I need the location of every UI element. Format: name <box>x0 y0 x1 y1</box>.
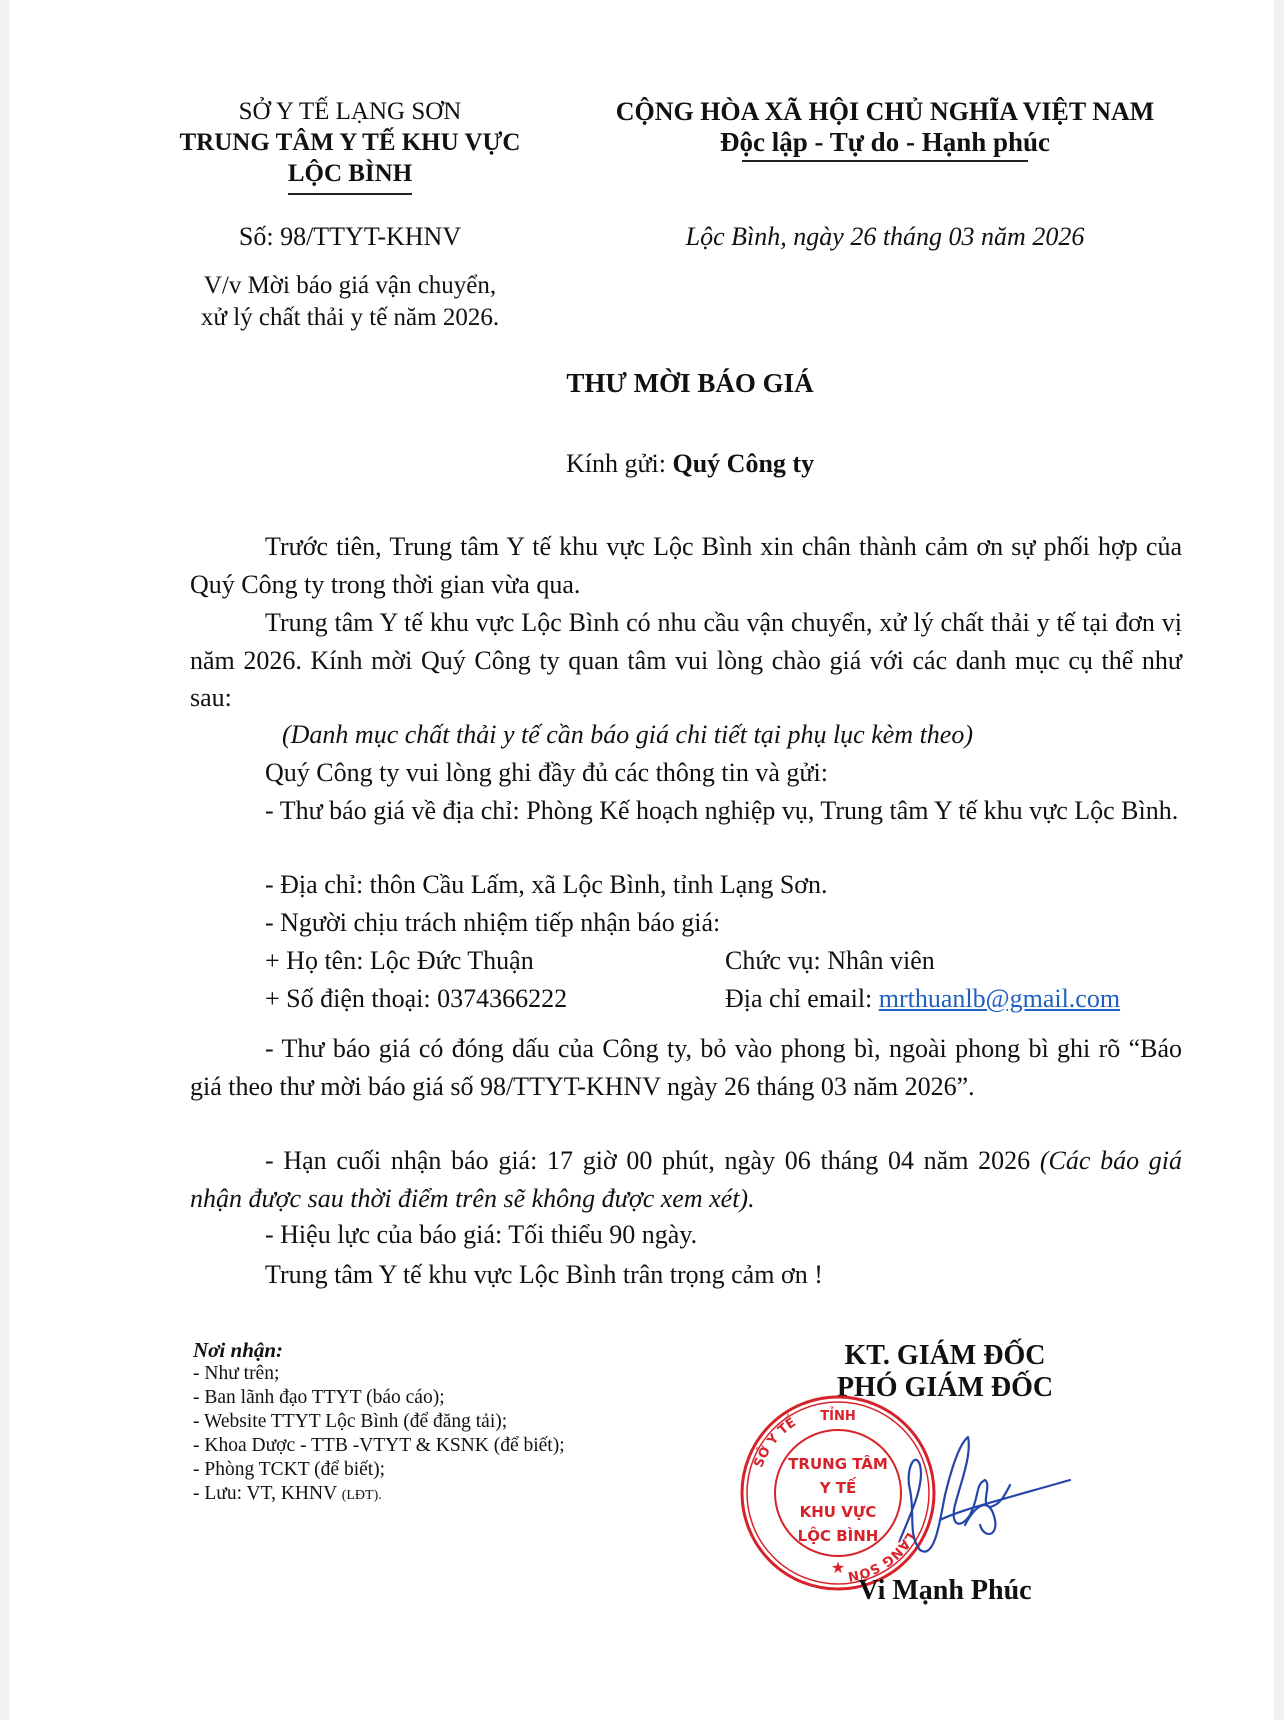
organization-name-line1: TRUNG TÂM Y TẾ KHU VỰC <box>130 127 570 158</box>
contact-position: Chức vụ: Nhân viên <box>725 942 935 980</box>
document-title: THƯ MỜI BÁO GIÁ <box>180 368 1200 399</box>
signature-title-line1: KT. GIÁM ĐỐC <box>760 1340 1130 1372</box>
contact-phone: + Số điện thoại: 0374366222 <box>265 980 567 1018</box>
paragraph-request: Trung tâm Y tế khu vực Lộc Bình có nhu c… <box>190 604 1182 717</box>
stamp-center-line1: TRUNG TÂM <box>788 1454 888 1473</box>
recipients-heading: Nơi nhận: <box>193 1338 565 1362</box>
page-edge-left <box>0 0 9 1720</box>
contact-email-label: Địa chỉ email: <box>725 984 879 1013</box>
issuing-agency-block: SỞ Y TẾ LẠNG SƠN TRUNG TÂM Y TẾ KHU VỰC … <box>130 96 570 195</box>
nation-name: CỘNG HÒA XÃ HỘI CHỦ NGHĨA VIỆT NAM <box>580 96 1190 127</box>
paragraph-envelope: - Thư báo giá có đóng dấu của Công ty, b… <box>190 1030 1182 1105</box>
recipient-item-text: - Lưu: VT, KHNV <box>193 1483 342 1504</box>
appendix-note: (Danh mục chất thải y tế cần báo giá chi… <box>282 716 973 754</box>
recipient-item-suffix: (LĐT). <box>342 1488 382 1503</box>
header-right-underline <box>742 160 1028 162</box>
signer-name: Vi Mạnh Phúc <box>760 1575 1130 1607</box>
contact-email-link[interactable]: mrthuanlb@gmail.com <box>879 984 1120 1013</box>
paragraph-send-address: - Thư báo giá về địa chỉ: Phòng Kế hoạch… <box>190 792 1182 830</box>
paragraph-instructions: Quý Công ty vui lòng ghi đầy đủ các thôn… <box>265 754 828 792</box>
document-date: Lộc Bình, ngày 26 tháng 03 năm 2026 <box>600 222 1170 252</box>
paragraph-address: - Địa chỉ: thôn Cầu Lấm, xã Lộc Bình, tỉ… <box>265 866 828 904</box>
contact-email-row: Địa chỉ email: mrthuanlb@gmail.com <box>725 980 1120 1018</box>
national-motto: Độc lập - Tự do - Hạnh phúc <box>580 127 1190 158</box>
stamp-center-line3: KHU VỰC <box>800 1503 877 1521</box>
parent-agency: SỞ Y TẾ LẠNG SƠN <box>130 96 570 127</box>
document-number: Số: 98/TTYT-KHNV <box>130 222 570 252</box>
salutation-prefix: Kính gửi: <box>566 449 673 478</box>
recipient-item: - Khoa Dược - TTB -VTYT & KSNK (để biết)… <box>193 1434 565 1458</box>
stamp-center-line4: LỘC BÌNH <box>798 1525 879 1545</box>
subject-line-1: V/v Mời báo giá vận chuyển, <box>130 270 570 302</box>
recipient-item: - Như trên; <box>193 1362 565 1386</box>
stamp-ring-top: TỈNH <box>820 1407 855 1424</box>
recipient-item: - Website TTYT Lộc Bình (để đăng tải); <box>193 1410 565 1434</box>
recipient-item: - Lưu: VT, KHNV (LĐT). <box>193 1482 565 1508</box>
salutation-recipient: Quý Công ty <box>672 449 814 478</box>
recipient-item: - Phòng TCKT (để biết); <box>193 1458 565 1482</box>
page-edge-right <box>1274 0 1284 1720</box>
document-subject: V/v Mời báo giá vận chuyển, xử lý chất t… <box>130 270 570 334</box>
stamp-center-line2: Y TẾ <box>819 1476 857 1497</box>
handwritten-signature <box>880 1425 1080 1565</box>
contact-name: + Họ tên: Lộc Đức Thuận <box>265 942 534 980</box>
organization-name-line2: LỘC BÌNH <box>130 158 570 189</box>
recipients-block: Nơi nhận: - Như trên; - Ban lãnh đạo TTY… <box>193 1338 565 1508</box>
recipient-item: - Ban lãnh đạo TTYT (báo cáo); <box>193 1386 565 1410</box>
deadline-text: - Hạn cuối nhận báo giá: 17 giờ 00 phút,… <box>265 1146 1040 1175</box>
paragraph-thanks: Trước tiên, Trung tâm Y tế khu vực Lộc B… <box>190 528 1182 603</box>
paragraph-responsible-person: - Người chịu trách nhiệm tiếp nhận báo g… <box>265 904 720 942</box>
paragraph-closing: Trung tâm Y tế khu vực Lộc Bình trân trọ… <box>265 1256 823 1294</box>
paragraph-deadline: - Hạn cuối nhận báo giá: 17 giờ 00 phút,… <box>190 1142 1182 1217</box>
paragraph-validity: - Hiệu lực của báo giá: Tối thiểu 90 ngà… <box>265 1216 697 1254</box>
salutation: Kính gửi: Quý Công ty <box>180 449 1200 479</box>
national-header-block: CỘNG HÒA XÃ HỘI CHỦ NGHĨA VIỆT NAM Độc l… <box>580 96 1190 162</box>
subject-line-2: xử lý chất thải y tế năm 2026. <box>130 302 570 334</box>
header-left-underline <box>288 193 412 195</box>
